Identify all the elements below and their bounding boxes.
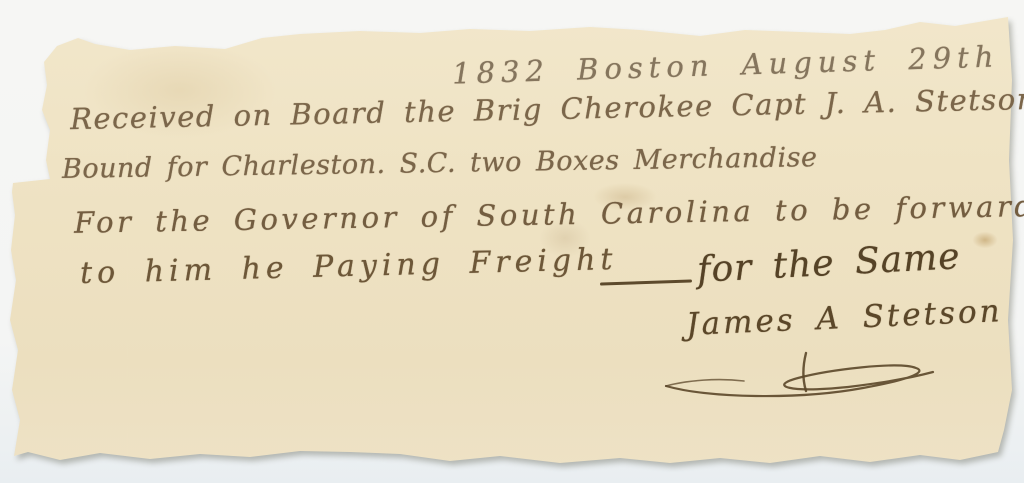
document-scan: 1832 Boston August 29th Received on Boar… bbox=[0, 0, 1024, 483]
signature-flourish-icon bbox=[648, 348, 948, 406]
